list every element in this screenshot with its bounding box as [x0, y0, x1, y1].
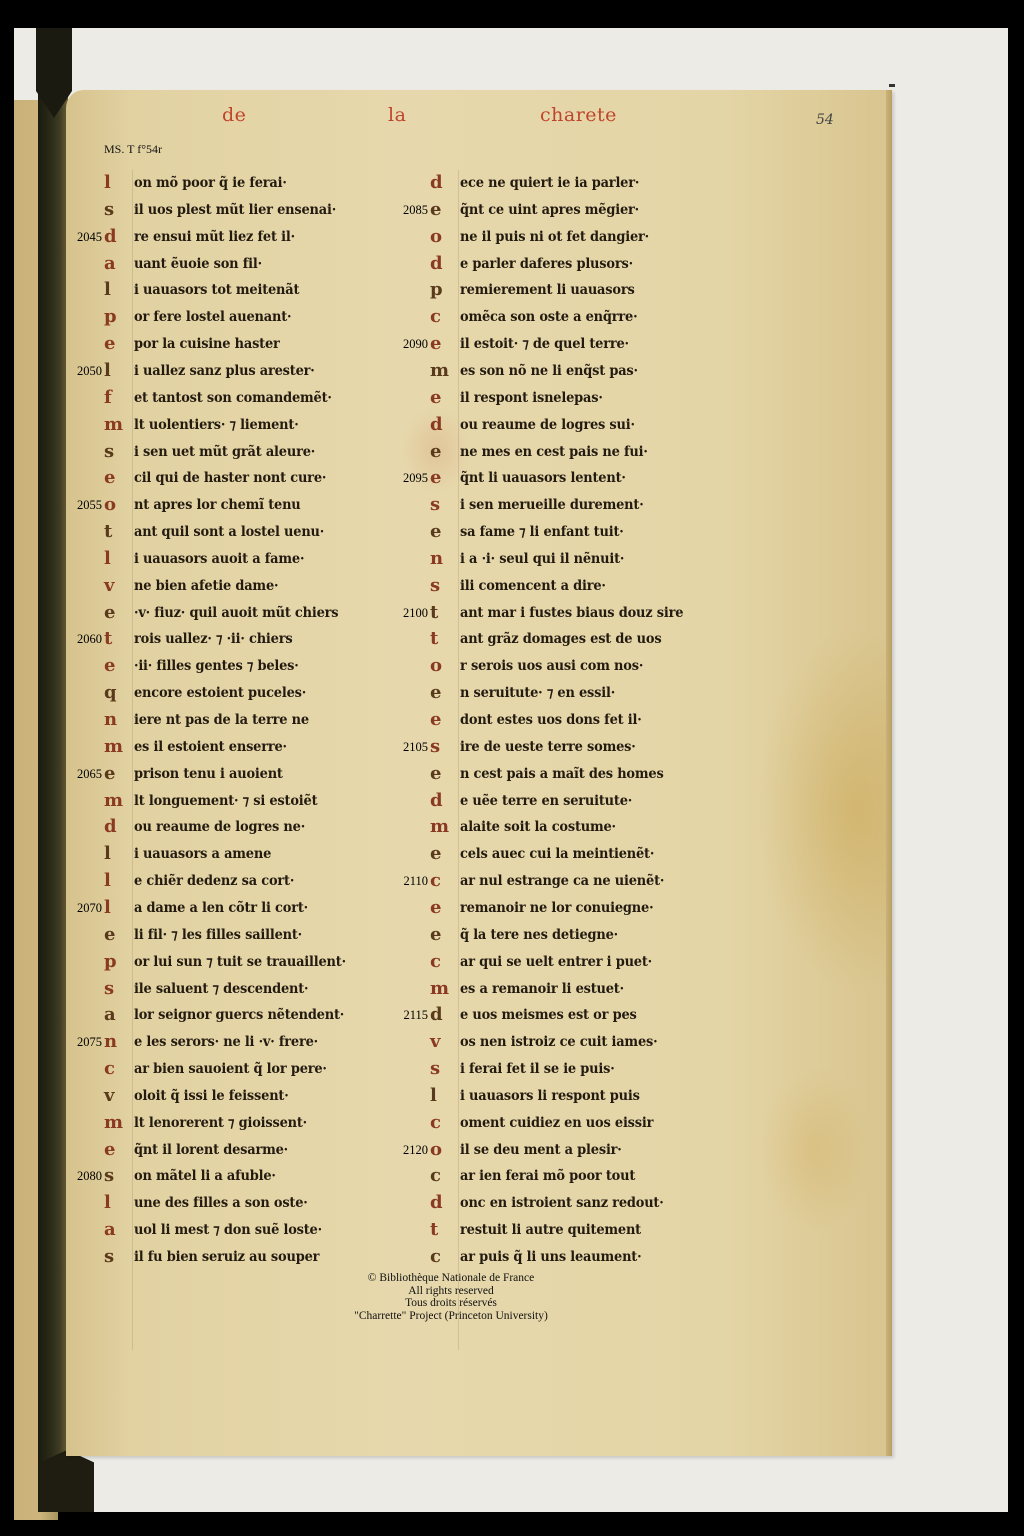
- ruling-line: [132, 170, 133, 1350]
- verse-text: e les serors· ne li ·v· frere·: [134, 1034, 318, 1050]
- running-head-de: de: [222, 104, 246, 126]
- decorated-initial: s: [104, 199, 114, 220]
- decorated-initial: e: [430, 682, 441, 703]
- decorated-initial: e: [104, 602, 115, 623]
- decorated-initial: v: [104, 1085, 114, 1106]
- verse-text: oment cuidiez en uos eissir: [460, 1115, 653, 1131]
- verse-text: on mõ poor q̃ ie ferai·: [134, 175, 287, 191]
- decorated-initial: d: [430, 790, 443, 811]
- verse-text: rois uallez· ⁊ ·ii· chiers: [134, 631, 292, 647]
- line-number: 2105: [392, 740, 428, 755]
- verse-text: q̃nt il lorent desarme·: [134, 1142, 288, 1158]
- decorated-initial: o: [430, 226, 442, 247]
- decorated-initial: c: [430, 306, 441, 327]
- verse-text: oloit q̃ issi le feissent·: [134, 1088, 289, 1104]
- verse-text: ece ne quiert ie ia parler·: [460, 175, 639, 191]
- verse-text: lt lenorerent ⁊ gioissent·: [134, 1115, 307, 1131]
- running-head-la: la: [388, 104, 406, 126]
- decorated-initial: a: [104, 253, 116, 274]
- corner-mark: [889, 84, 895, 87]
- decorated-initial: e: [430, 763, 441, 784]
- verse-text: ar bien sauoient q̃ lor pere·: [134, 1061, 327, 1077]
- decorated-initial: q: [104, 682, 117, 703]
- verse-text: restuit li autre quitement: [460, 1222, 641, 1238]
- verse-text: a dame a len cõtr li cort·: [134, 900, 308, 916]
- verse-text: ile saluent ⁊ descendent·: [134, 981, 308, 997]
- line-number: 2085: [392, 203, 428, 218]
- decorated-initial: d: [430, 1192, 443, 1213]
- line-number: 2055: [66, 498, 102, 513]
- verse-text: i sen uet mũt grãt aleure·: [134, 444, 315, 460]
- verse-text: or lui sun ⁊ tuit se trauaillent·: [134, 954, 346, 970]
- verse-text: e parler daferes plusors·: [460, 256, 633, 272]
- line-number: 2110: [392, 874, 428, 889]
- verse-text: es son nõ ne li enq̃st pas·: [460, 363, 638, 379]
- verse-text: ili comencent a dire·: [460, 578, 606, 594]
- verse-text: omẽca son oste a enq̃rre·: [460, 309, 637, 325]
- verse-text: i uallez sanz plus arester·: [134, 363, 315, 379]
- decorated-initial: c: [430, 951, 441, 972]
- copyright-line: All rights reserved: [286, 1285, 616, 1298]
- decorated-initial: o: [104, 494, 116, 515]
- verse-text: ne il puis ni ot fet dangier·: [460, 229, 649, 245]
- verse-text: ar ien ferai mõ poor tout: [460, 1168, 635, 1184]
- verse-text: li fil· ⁊ les filles saillent·: [134, 927, 302, 943]
- line-number: 2115: [392, 1008, 428, 1023]
- decorated-initial: m: [430, 978, 449, 999]
- verse-text: il respont isnelepas·: [460, 390, 603, 406]
- verse-text: il se deu ment a plesir·: [460, 1142, 622, 1158]
- verse-text: es il estoient enserre·: [134, 739, 287, 755]
- verse-text: il fu bien seruiz au souper: [134, 1249, 319, 1265]
- verse-text: i uauasors auoit a fame·: [134, 551, 304, 567]
- decorated-initial: m: [104, 736, 123, 757]
- copyright-line: "Charrette" Project (Princeton Universit…: [286, 1310, 616, 1323]
- decorated-initial: l: [104, 1192, 111, 1213]
- verse-text: remanoir ne lor conuiegne·: [460, 900, 653, 916]
- decorated-initial: d: [430, 253, 443, 274]
- verse-text: i uauasors tot meitenãt: [134, 282, 299, 298]
- verse-text: ant quil sont a lostel uenu·: [134, 524, 324, 540]
- decorated-initial: n: [104, 709, 117, 730]
- folio-number: 54: [816, 112, 834, 128]
- decorated-initial: p: [430, 279, 443, 300]
- verse-text: q̃nt ce uint apres mẽgier·: [460, 202, 639, 218]
- decorated-initial: e: [430, 333, 441, 354]
- decorated-initial: e: [430, 521, 441, 542]
- verse-text: onc en istroient sanz redout·: [460, 1195, 664, 1211]
- verse-text: et tantost son comandemẽt·: [134, 390, 332, 406]
- decorated-initial: c: [104, 1058, 115, 1079]
- decorated-initial: p: [104, 306, 117, 327]
- verse-text: ar nul estrange ca ne uienẽt·: [460, 873, 664, 889]
- manuscript-page: de la charete 54 MS. T f°54r lon mõ poor…: [66, 90, 892, 1456]
- verse-text: ne bien afetie dame·: [134, 578, 278, 594]
- decorated-initial: c: [430, 1112, 441, 1133]
- decorated-initial: e: [104, 1139, 115, 1160]
- verse-text: ou reaume de logres sui·: [460, 417, 635, 433]
- verse-text: dont estes uos dons fet il·: [460, 712, 642, 728]
- verse-text: nt apres lor chemĩ tenu: [134, 497, 301, 513]
- verse-text: lor seignor guercs nẽtendent·: [134, 1007, 344, 1023]
- verse-text: ire de ueste terre somes·: [460, 739, 636, 755]
- verse-text: lt uolentiers· ⁊ liement·: [134, 417, 299, 433]
- decorated-initial: s: [104, 441, 114, 462]
- decorated-initial: e: [430, 467, 441, 488]
- verse-text: une des filles a son oste·: [134, 1195, 308, 1211]
- binding-clip-bottom: [40, 1450, 94, 1512]
- verse-text: re ensui mũt liez fet il·: [134, 229, 295, 245]
- verse-text: os nen istroiz ce cuit iames·: [460, 1034, 657, 1050]
- verse-text: e uẽe terre en seruitute·: [460, 793, 632, 809]
- line-number: 2080: [66, 1169, 102, 1184]
- decorated-initial: e: [430, 199, 441, 220]
- decorated-initial: a: [104, 1004, 116, 1025]
- verse-text: ar puis q̃ li uns leaument·: [460, 1249, 641, 1265]
- line-number: 2095: [392, 471, 428, 486]
- verse-text: es a remanoir li estuet·: [460, 981, 624, 997]
- running-head-charete: charete: [540, 104, 617, 126]
- decorated-initial: l: [104, 548, 111, 569]
- decorated-initial: m: [430, 360, 449, 381]
- decorated-initial: t: [104, 521, 112, 542]
- verse-text: ·v· fiuz· quil auoit mũt chiers: [134, 605, 338, 621]
- verse-text: i uauasors a amene: [134, 846, 271, 862]
- ruling-line: [458, 170, 459, 1350]
- decorated-initial: v: [104, 575, 114, 596]
- line-number: 2045: [66, 230, 102, 245]
- verse-text: r serois uos ausi com nos·: [460, 658, 643, 674]
- decorated-initial: f: [104, 387, 112, 408]
- decorated-initial: l: [430, 1085, 437, 1106]
- decorated-initial: m: [104, 790, 123, 811]
- verse-text: i ferai fet il se ie puis·: [460, 1061, 615, 1077]
- decorated-initial: s: [430, 575, 440, 596]
- verse-text: n seruitute· ⁊ en essil·: [460, 685, 615, 701]
- decorated-initial: o: [430, 1139, 442, 1160]
- binding-gutter: [38, 28, 68, 1512]
- line-number: 2100: [392, 606, 428, 621]
- decorated-initial: e: [104, 924, 115, 945]
- decorated-initial: e: [104, 467, 115, 488]
- verse-text: i uauasors li respont puis: [460, 1088, 640, 1104]
- copyright-line: Tous droits réservés: [286, 1297, 616, 1310]
- verse-text: uant ẽuoie son fil·: [134, 256, 262, 272]
- verse-text: il estoit· ⁊ de quel terre·: [460, 336, 629, 352]
- manuscript-label: MS. T f°54r: [104, 142, 162, 157]
- decorated-initial: d: [104, 226, 117, 247]
- verse-text: encore estoient puceles·: [134, 685, 306, 701]
- decorated-initial: s: [430, 736, 440, 757]
- decorated-initial: p: [104, 951, 117, 972]
- decorated-initial: m: [430, 816, 449, 837]
- decorated-initial: e: [104, 763, 115, 784]
- verse-text: lt longuement· ⁊ si estoiẽt: [134, 793, 317, 809]
- verse-text: iere nt pas de la terre ne: [134, 712, 309, 728]
- decorated-initial: l: [104, 360, 111, 381]
- decorated-initial: o: [430, 655, 442, 676]
- line-number: 2090: [392, 337, 428, 352]
- verse-text: il uos plest mũt lier ensenai·: [134, 202, 336, 218]
- verse-text: i sen merueille durement·: [460, 497, 644, 513]
- verse-text: ·ii· filles gentes ⁊ beles·: [134, 658, 299, 674]
- decorated-initial: s: [104, 978, 114, 999]
- line-number: 2070: [66, 901, 102, 916]
- decorated-initial: t: [430, 602, 438, 623]
- decorated-initial: l: [104, 897, 111, 918]
- decorated-initial: t: [104, 628, 112, 649]
- verse-text: por la cuisine haster: [134, 336, 280, 352]
- verse-text: cels auec cui la meintienẽt·: [460, 846, 654, 862]
- decorated-initial: t: [430, 628, 438, 649]
- page-edge: [886, 90, 892, 1456]
- decorated-initial: m: [104, 414, 123, 435]
- decorated-initial: d: [430, 1004, 443, 1025]
- verse-text: q̃nt li uauasors lentent·: [460, 470, 626, 486]
- copyright-line: © Bibliothèque Nationale de France: [286, 1272, 616, 1285]
- decorated-initial: e: [430, 924, 441, 945]
- verse-text: ar qui se uelt entrer i puet·: [460, 954, 652, 970]
- decorated-initial: n: [104, 1031, 117, 1052]
- decorated-initial: v: [430, 1031, 440, 1052]
- line-number: 2120: [392, 1143, 428, 1158]
- decorated-initial: e: [430, 387, 441, 408]
- verse-text: n cest pais a maĩt des homes: [460, 766, 664, 782]
- decorated-initial: l: [104, 870, 111, 891]
- verse-text: q̃ la tere nes detiegne·: [460, 927, 618, 943]
- decorated-initial: e: [430, 843, 441, 864]
- line-number: 2050: [66, 364, 102, 379]
- verse-text: or fere lostel auenant·: [134, 309, 291, 325]
- decorated-initial: a: [104, 1219, 116, 1240]
- decorated-initial: s: [104, 1165, 114, 1186]
- verse-text: alaite soit la costume·: [460, 819, 616, 835]
- decorated-initial: e: [430, 441, 441, 462]
- decorated-initial: d: [104, 816, 117, 837]
- decorated-initial: t: [430, 1219, 438, 1240]
- verse-text: ant grãz domages est de uos: [460, 631, 661, 647]
- decorated-initial: s: [430, 1058, 440, 1079]
- line-number: 2065: [66, 767, 102, 782]
- decorated-initial: s: [430, 494, 440, 515]
- decorated-initial: c: [430, 1246, 441, 1267]
- decorated-initial: c: [430, 870, 441, 891]
- decorated-initial: n: [430, 548, 443, 569]
- verse-text: e uos meismes est or pes: [460, 1007, 637, 1023]
- line-number: 2060: [66, 632, 102, 647]
- decorated-initial: s: [104, 1246, 114, 1267]
- decorated-initial: e: [104, 655, 115, 676]
- verse-text: ne mes en cest pais ne fui·: [460, 444, 648, 460]
- verse-text: remierement li uauasors: [460, 282, 635, 298]
- decorated-initial: e: [430, 709, 441, 730]
- verse-text: e chiẽr dedenz sa cort·: [134, 873, 294, 889]
- verse-text: prison tenu i auoient: [134, 766, 283, 782]
- verse-text: uol li mest ⁊ don suẽ loste·: [134, 1222, 322, 1238]
- verse-text: sa fame ⁊ li enfant tuit·: [460, 524, 624, 540]
- decorated-initial: e: [104, 333, 115, 354]
- decorated-initial: m: [104, 1112, 123, 1133]
- decorated-initial: d: [430, 414, 443, 435]
- decorated-initial: d: [430, 172, 443, 193]
- verse-text: i a ·i· seul qui il nẽnuit·: [460, 551, 624, 567]
- verse-text: ou reaume de logres ne·: [134, 819, 305, 835]
- decorated-initial: c: [430, 1165, 441, 1186]
- verse-text: on mãtel li a afuble·: [134, 1168, 276, 1184]
- verse-text: cil qui de haster nont cure·: [134, 470, 326, 486]
- decorated-initial: l: [104, 843, 111, 864]
- line-number: 2075: [66, 1035, 102, 1050]
- decorated-initial: l: [104, 279, 111, 300]
- decorated-initial: e: [430, 897, 441, 918]
- copyright-notice: © Bibliothèque Nationale de France All r…: [286, 1272, 616, 1322]
- verse-text: ant mar i fustes biaus douz sire: [460, 605, 683, 621]
- decorated-initial: l: [104, 172, 111, 193]
